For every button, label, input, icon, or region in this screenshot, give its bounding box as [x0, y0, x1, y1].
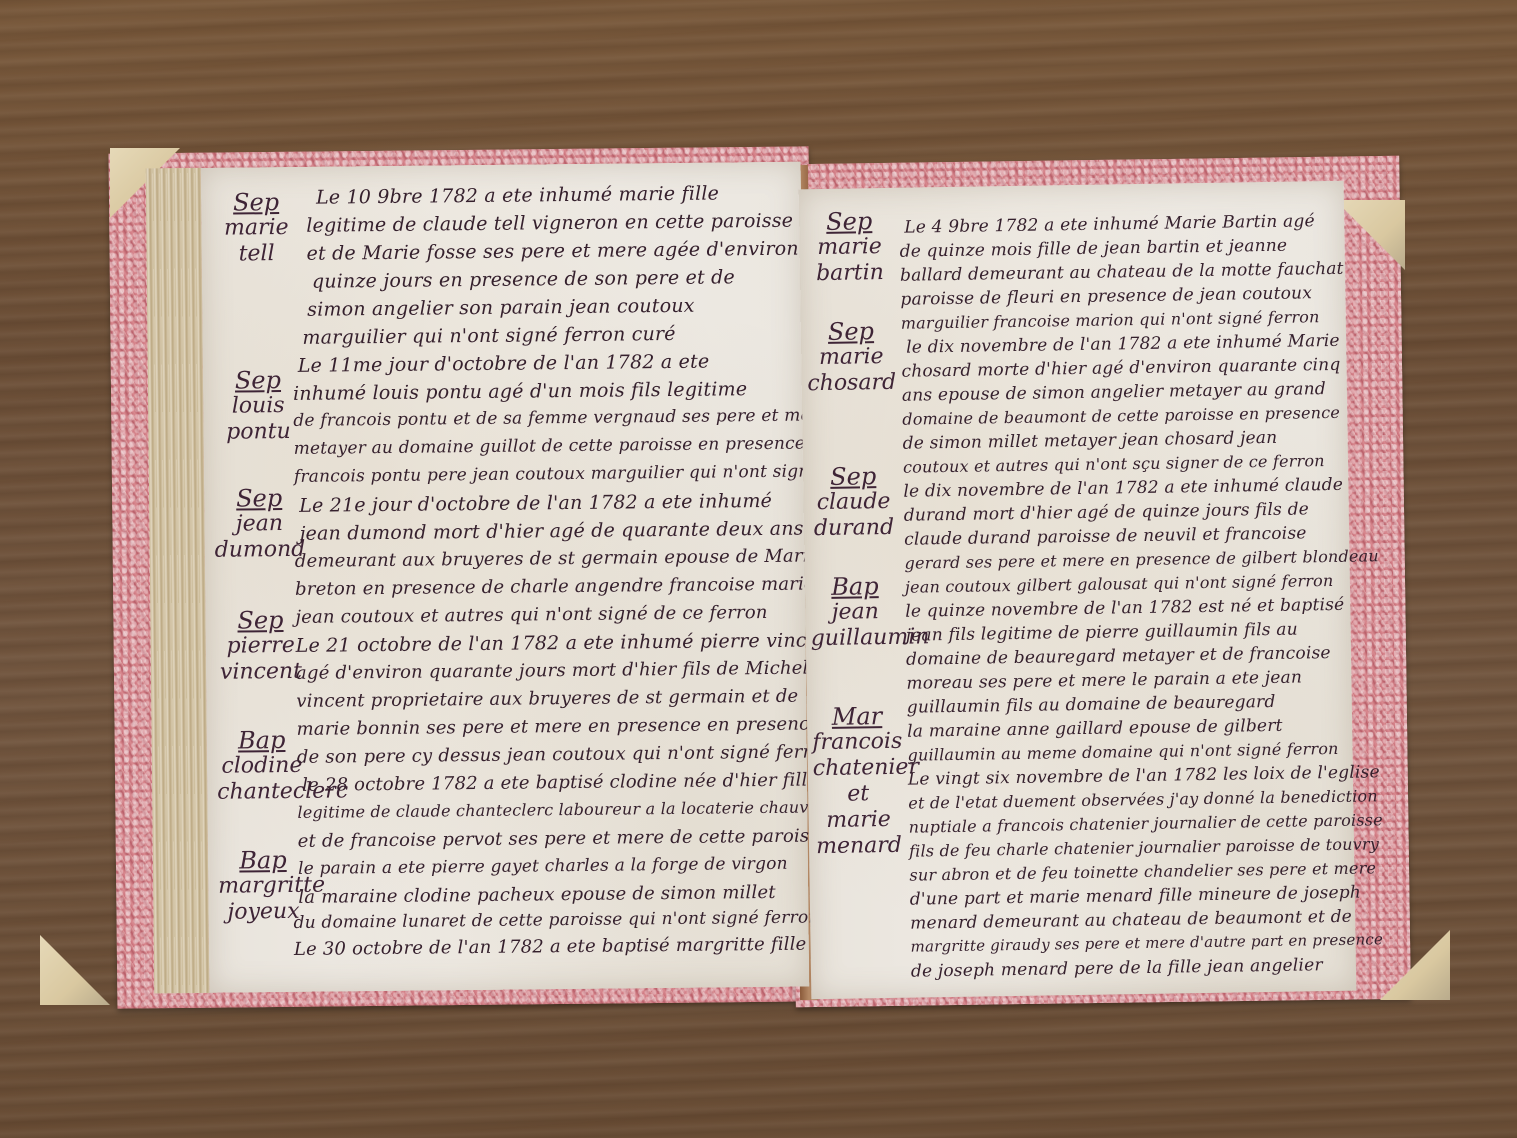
text-line: Le 21e jour d'octobre de l'an 1782 a ete… [299, 490, 772, 517]
text-line: et de l'etat duement observées j'ay donn… [908, 786, 1378, 812]
text-line: fils de feu charle chatenier journalier … [909, 834, 1379, 860]
text-line: guillaumin fils au domaine de beauregard [907, 692, 1276, 718]
text-line: simon angelier son parain jean coutoux [307, 295, 695, 321]
text-line: legitime de claude chanteclerc laboureur… [297, 797, 825, 822]
text-line: claude durand paroisse de neuvil et fran… [904, 523, 1307, 549]
text-line: la maraine anne gaillard epouse de gilbe… [907, 716, 1283, 742]
text-line: et de Marie fosse ses pere et mere agée … [306, 238, 798, 265]
text-line: inhumé louis pontu agé d'un mois fils le… [293, 378, 747, 405]
text-line: chosard morte d'hier agé d'environ quara… [901, 355, 1340, 382]
text-line: margritte giraudy ses pere et mere d'aut… [910, 930, 1383, 955]
margin-entry: Bap clodine chanteclerc [217, 727, 308, 806]
text-line: du domaine lunaret de cette paroisse qui… [294, 907, 820, 933]
text-line: de simon millet metayer jean chosard jea… [903, 428, 1278, 454]
margin-entry: Bap jean guillaumin [810, 573, 901, 652]
margin-entry: Sep jean dumond [214, 485, 305, 564]
text-line: legitime de claude tell vigneron en cett… [306, 210, 793, 237]
text-line: durand mort d'hier agé de quinze jours f… [904, 499, 1309, 525]
text-line: domaine de beaumont de cette paroisse en… [902, 403, 1340, 429]
text-line: moreau ses pere et mere le parain a ete … [906, 667, 1302, 693]
text-line: domaine de beauregard metayer et de fran… [906, 643, 1331, 670]
text-line: nuptiale a francois chatenier journalier… [909, 810, 1383, 836]
text-line: ballard demeurant au chateau de la motte… [900, 259, 1344, 286]
text-line: Le vingt six novembre de l'an 1782 les l… [908, 762, 1380, 789]
margin-entry: Sep marie tell [211, 189, 302, 268]
text-line: marguilier qui n'ont signé ferron curé [302, 323, 675, 349]
text-line: jean fils legitime de pierre guillaumin … [906, 620, 1298, 646]
margin-entry: Sep marie bartin [804, 208, 895, 287]
text-line: de son pere cy dessus jean coutoux qui n… [297, 741, 834, 768]
text-line: jean dumond mort d'hier agé de quarante … [299, 518, 803, 545]
text-line: et de francoise pervot ses pere et mere … [298, 825, 830, 852]
text-line: le dix novembre de l'an 1782 a ete inhum… [906, 331, 1340, 358]
text-line: marie bonnin ses pere et mere en presenc… [296, 713, 820, 739]
text-line: Le 4 9bre 1782 a ete inhumé Marie Bartin… [904, 211, 1315, 237]
text-line: Le 11me jour d'octobre de l'an 1782 a et… [298, 351, 710, 377]
margin-entry: Sep louis pontu [213, 367, 304, 446]
text-line: metayer au domaine guillot de cette paro… [294, 433, 833, 459]
margin-entry: Sep pierre vincent [215, 607, 306, 686]
text-line: jean coutoux et autres qui n'ont signé d… [295, 602, 767, 628]
text-line: francois pontu pere jean coutoux marguil… [294, 461, 820, 487]
text-line: le dix novembre de l'an 1782 a ete inhum… [903, 475, 1343, 502]
text-line: marguilier francoise marion qui n'ont si… [901, 307, 1320, 333]
text-line: sur abron et de feu toinette chandelier … [909, 858, 1376, 884]
text-line: la maraine clodine pacheux epouse de sim… [298, 882, 776, 908]
text-line: de francois pontu et de sa femme vergnau… [293, 405, 829, 431]
text-line: guillaumin au meme domaine qui n'ont sig… [907, 739, 1338, 765]
text-line: jean coutoux gilbert galousat qui n'ont … [905, 571, 1334, 597]
text-line: agé d'environ quarante jours mort d'hier… [296, 658, 809, 684]
text-line: demeurant aux bruyeres de st germain epo… [295, 545, 820, 571]
text-line: paroisse de fleuri en presence de jean c… [900, 283, 1312, 309]
margin-entry: Mar francois chatenier et marie menard [812, 703, 904, 860]
margin-entry: Sep marie chosard [806, 318, 897, 397]
text-line: coutoux et autres qui n'ont sçu signer d… [903, 451, 1325, 477]
text-line: breton en presence de charle angendre fr… [295, 573, 827, 600]
register-page-right: Sep marie bartin Sep marie chosard Sep c… [799, 181, 1357, 999]
text-line: le quinze novembre de l'an 1782 est né e… [905, 595, 1344, 622]
text-line: le 28 octobre 1782 a ete baptisé clodine… [302, 769, 818, 795]
text-line: le parain a ete pierre gayet charles a l… [298, 854, 788, 879]
text-line: vincent proprietaire aux bruyeres de st … [296, 686, 798, 712]
text-line: de quinze mois fille de jean bartin et j… [900, 236, 1288, 262]
text-line: gerard ses pere et mere en presence de g… [904, 546, 1379, 572]
text-line: ans epouse de simon angelier metayer au … [902, 379, 1326, 406]
text-line: Le 10 9bre 1782 a ete inhumé marie fille [316, 182, 719, 208]
margin-entry: Sep claude durand [808, 463, 899, 542]
text-line: Le 21 octobre de l'an 1782 a ete inhumé … [296, 629, 839, 657]
register-page-left: Sep marie tell Sep louis pontu Sep jean … [146, 162, 810, 994]
corner-tab-bottom-left [40, 935, 110, 1005]
text-line: quinze jours en presence de son pere et … [312, 266, 735, 292]
text-line: Le 30 octobre de l'an 1782 a ete baptisé… [294, 934, 807, 960]
